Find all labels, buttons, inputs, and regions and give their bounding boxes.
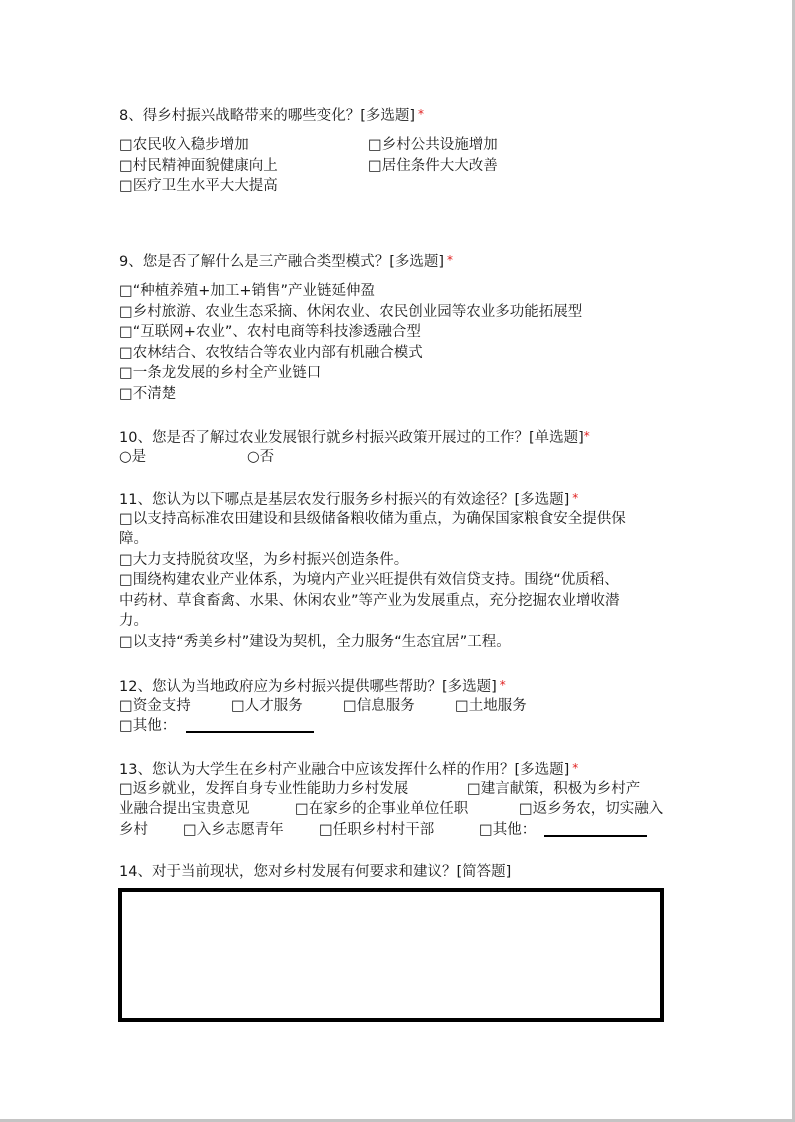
option-text-continued: 中药材、草食畜禽、水果、休闲农业”等产业为发展重点，充分挖掘农业增收潜 [119,591,626,612]
option-checkbox[interactable]: □“种植养殖+加工+销售”产业链延伸盈 [119,281,582,302]
question-title-text: 8、得乡村振兴战略带来的哪些变化？[多选题] [119,108,415,124]
option-checkbox[interactable]: □人才服务 [231,696,303,717]
option-checkbox[interactable]: □入乡志愿青年 [183,820,284,841]
option-other-label: □其他： [479,822,536,838]
option-checkbox[interactable]: □医疗卫生水平大大提高 [119,176,278,197]
question-title-text: 13、您认为大学生在乡村产业融合中应该发挥什么样的作用？[多选题] [119,762,569,778]
option-checkbox[interactable]: □农林结合、农牧结合等农业内部有机融合模式 [119,343,582,364]
option-text-continued: 障。 [119,529,626,550]
question-12: 12、您认为当地政府应为乡村振兴提供哪些帮助？[多选题]* □资金支持 □人才服… [119,675,506,737]
option-checkbox[interactable]: □乡村旅游、农业生态采摘、休闲农业、农民创业园等农业多功能拓展型 [119,302,582,323]
option-checkbox[interactable]: □信息服务 [343,696,415,717]
required-star: * [447,253,453,267]
question-title-text: 10、您是否了解过农业发展银行就乡村振兴政策开展过的工作？[单选题] [119,430,584,446]
option-checkbox[interactable]: □土地服务 [455,696,527,717]
required-star: * [584,429,590,443]
option-checkbox[interactable]: □资金支持 [119,696,191,717]
option-other-checkbox[interactable]: □其他： [479,820,647,841]
question-title-text: 11、您认为以下哪点是基层农发行服务乡村振兴的有效途径？[多选题] [119,492,569,508]
option-checkbox[interactable]: □以支持高标准农田建设和县级储备粮收储为重点，为确保国家粮食安全提供保 [119,509,626,530]
option-radio-yes[interactable]: ○是 [119,447,146,468]
required-star: * [572,491,578,505]
question-8-options: □农民收入稳步增加 □村民精神面貌健康向上 □医疗卫生水平大大提高 [119,135,278,197]
required-star: * [572,761,578,775]
question-11: 11、您认为以下哪点是基层农发行服务乡村振兴的有效途径？[多选题]* □以支持高… [119,488,626,652]
question-title-text: 12、您认为当地政府应为乡村振兴提供哪些帮助？[多选题] [119,679,497,695]
question-title-text: 9、您是否了解什么是三产融合类型模式？[多选题] [119,254,444,270]
option-checkbox[interactable]: □建言献策，积极为乡村产 [467,779,640,800]
question-title-text: 14、对于当前现状，您对乡村发展有何要求和建议？[简答题] [119,862,511,883]
option-text-continued: 乡村 [119,820,148,841]
other-fill-in-blank[interactable] [186,731,314,733]
question-8-title: 8、得乡村振兴战略带来的哪些变化？[多选题]* [119,104,424,125]
option-checkbox[interactable]: □任职乡村村干部 [319,820,434,841]
required-star: * [418,107,424,121]
option-text-continued: 力。 [119,611,626,632]
question-9-options: □“种植养殖+加工+销售”产业链延伸盈 □乡村旅游、农业生态采摘、休闲农业、农民… [119,281,582,404]
option-checkbox[interactable]: □大力支持脱贫攻坚，为乡村振兴创造条件。 [119,550,626,571]
option-checkbox[interactable]: □一条龙发展的乡村全产业链口 [119,363,582,384]
option-checkbox[interactable]: □在家乡的企事业单位任职 [295,799,468,820]
question-10: 10、您是否了解过农业发展银行就乡村振兴政策开展过的工作？[单选题]* ○是 ○… [119,426,590,467]
required-star: * [500,678,506,692]
option-checkbox[interactable]: □“互联网+农业”、农村电商等科技渗透融合型 [119,322,582,343]
option-other-checkbox[interactable]: □其他： [119,718,176,734]
option-checkbox[interactable]: □乡村公共设施增加 [368,135,498,156]
question-8-options-col2: □乡村公共设施增加 □居住条件大大改善 [368,135,498,176]
question-13: 13、您认为大学生在乡村产业融合中应该发挥什么样的作用？[多选题]* □返乡就业… [119,758,578,840]
question-9-title: 9、您是否了解什么是三产融合类型模式？[多选题]* [119,250,453,271]
option-checkbox[interactable]: □以支持“秀美乡村”建设为契机，全力服务“生态宜居”工程。 [119,632,626,653]
option-checkbox[interactable]: □居住条件大大改善 [368,156,498,177]
option-checkbox[interactable]: □返乡就业，发挥自身专业性能助力乡村发展 [119,779,408,800]
option-checkbox[interactable]: □返乡务农，切实融入 [519,799,663,820]
option-checkbox[interactable]: □围绕构建农业产业体系，为境内产业兴旺提供有效信贷支持。围绕“优质稻、 [119,570,626,591]
short-answer-box[interactable] [118,888,664,1022]
option-text-continued: 业融合提出宝贵意见 [119,799,250,820]
option-radio-no[interactable]: ○否 [247,447,274,468]
question-14: 14、对于当前现状，您对乡村发展有何要求和建议？[简答题] [119,862,511,883]
option-checkbox[interactable]: □不清楚 [119,384,582,405]
option-checkbox[interactable]: □农民收入稳步增加 [119,135,278,156]
question-8: 8、得乡村振兴战略带来的哪些变化？[多选题]* [119,104,424,125]
other-fill-in-blank[interactable] [544,835,647,837]
option-checkbox[interactable]: □村民精神面貌健康向上 [119,156,278,177]
